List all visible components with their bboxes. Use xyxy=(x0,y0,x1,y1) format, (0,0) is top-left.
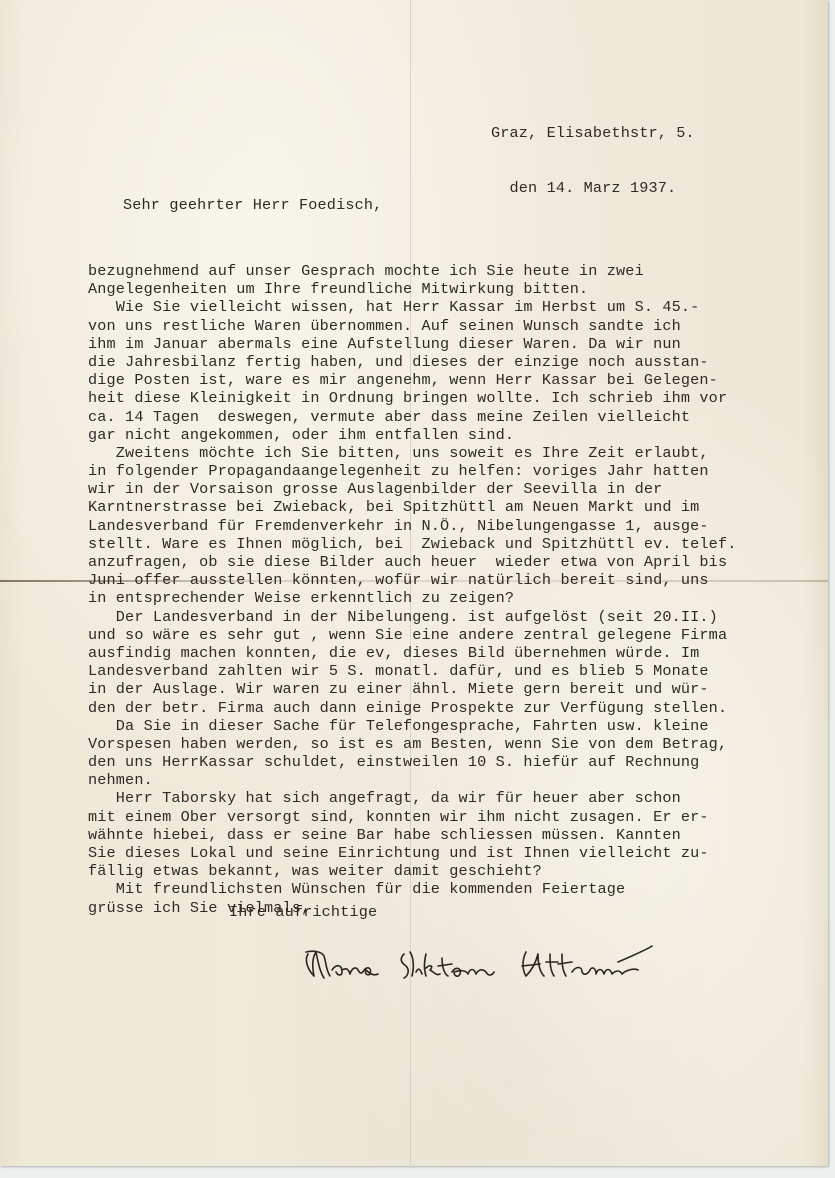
letterhead-place-date: Graz, Elisabethstr, 5. den 14. Marz 1937… xyxy=(491,88,695,234)
body-line: mit einem Ober versorgt sind, konnten wi… xyxy=(88,808,736,826)
body-line: stellt. Ware es Ihnen möglich, bei Zwieb… xyxy=(88,535,736,553)
body-line: Juni offer ausstellen könnten, wofür wir… xyxy=(88,571,736,589)
body-line: Karntnerstrasse bei Zwieback, bei Spitzh… xyxy=(88,498,736,516)
body-line: Da Sie in dieser Sache für Telefongespra… xyxy=(88,717,736,735)
body-line: Zweitens möchte ich Sie bitten, uns sowe… xyxy=(88,444,736,462)
body-line: ca. 14 Tagen deswegen, vermute aber dass… xyxy=(88,408,736,426)
body-line: den uns HerrKassar schuldet, einstweilen… xyxy=(88,753,736,771)
body-line: von uns restliche Waren übernommen. Auf … xyxy=(88,317,736,335)
body-line: gar nicht angekommen, oder ihm entfallen… xyxy=(88,426,736,444)
body-line: Mit freundlichsten Wünschen für die komm… xyxy=(88,880,736,898)
body-line: bezugnehmend auf unser Gesprach mochte i… xyxy=(88,262,736,280)
salutation: Sehr geehrter Herr Foedisch, xyxy=(123,196,382,214)
body-line: und so wäre es sehr gut , wenn Sie eine … xyxy=(88,626,736,644)
body-line: anzufragen, ob sie diese Bilder auch heu… xyxy=(88,553,736,571)
body-line: dige Posten ist, ware es mir angenehm, w… xyxy=(88,371,736,389)
letter-body: bezugnehmend auf unser Gesprach mochte i… xyxy=(88,262,736,917)
body-line: Angelegenheiten um Ihre freundliche Mitw… xyxy=(88,280,736,298)
body-line: ihm im Januar abermals eine Aufstellung … xyxy=(88,335,736,353)
signature-scribble-icon xyxy=(300,940,770,1000)
date-line: den 14. Marz 1937. xyxy=(491,179,695,197)
body-line: Wie Sie vielleicht wissen, hat Herr Kass… xyxy=(88,298,736,316)
body-line: Herr Taborsky hat sich angefragt, da wir… xyxy=(88,789,736,807)
body-line: Landesverband zahlten wir 5 S. monatl. d… xyxy=(88,662,736,680)
body-line: ausfindig machen konnten, die ev, dieses… xyxy=(88,644,736,662)
body-line: in folgender Propagandaangelegenheit zu … xyxy=(88,462,736,480)
body-line: Sie dieses Lokal und seine Einrichtung u… xyxy=(88,844,736,862)
body-line: wir in der Vorsaison grosse Auslagenbild… xyxy=(88,480,736,498)
closing: Ihre aufrichtige xyxy=(229,903,377,921)
body-line: heit diese Kleinigkeit in Ordnung bringe… xyxy=(88,389,736,407)
place-line: Graz, Elisabethstr, 5. xyxy=(491,124,695,142)
body-line: in der Auslage. Wir waren zu einer ähnl.… xyxy=(88,680,736,698)
body-line: wähnte hiebei, dass er seine Bar habe sc… xyxy=(88,826,736,844)
body-line: Vorspesen haben werden, so ist es am Bes… xyxy=(88,735,736,753)
body-line: grüsse ich Sie vielmals, xyxy=(88,899,736,917)
letter-paper: Graz, Elisabethstr, 5. den 14. Marz 1937… xyxy=(0,0,828,1166)
body-line: fällig etwas bekannt, was weiter damit g… xyxy=(88,862,736,880)
body-line: Der Landesverband in der Nibelungeng. is… xyxy=(88,608,736,626)
body-line: in entsprechender Weise erkenntlich zu z… xyxy=(88,589,736,607)
body-line: die Jahresbilanz fertig haben, und diese… xyxy=(88,353,736,371)
handwritten-signature xyxy=(300,940,770,1000)
body-line: nehmen. xyxy=(88,771,736,789)
body-line: den der betr. Firma auch dann einige Pro… xyxy=(88,699,736,717)
body-line: Landesverband für Fremdenverkehr in N.Ö.… xyxy=(88,517,736,535)
